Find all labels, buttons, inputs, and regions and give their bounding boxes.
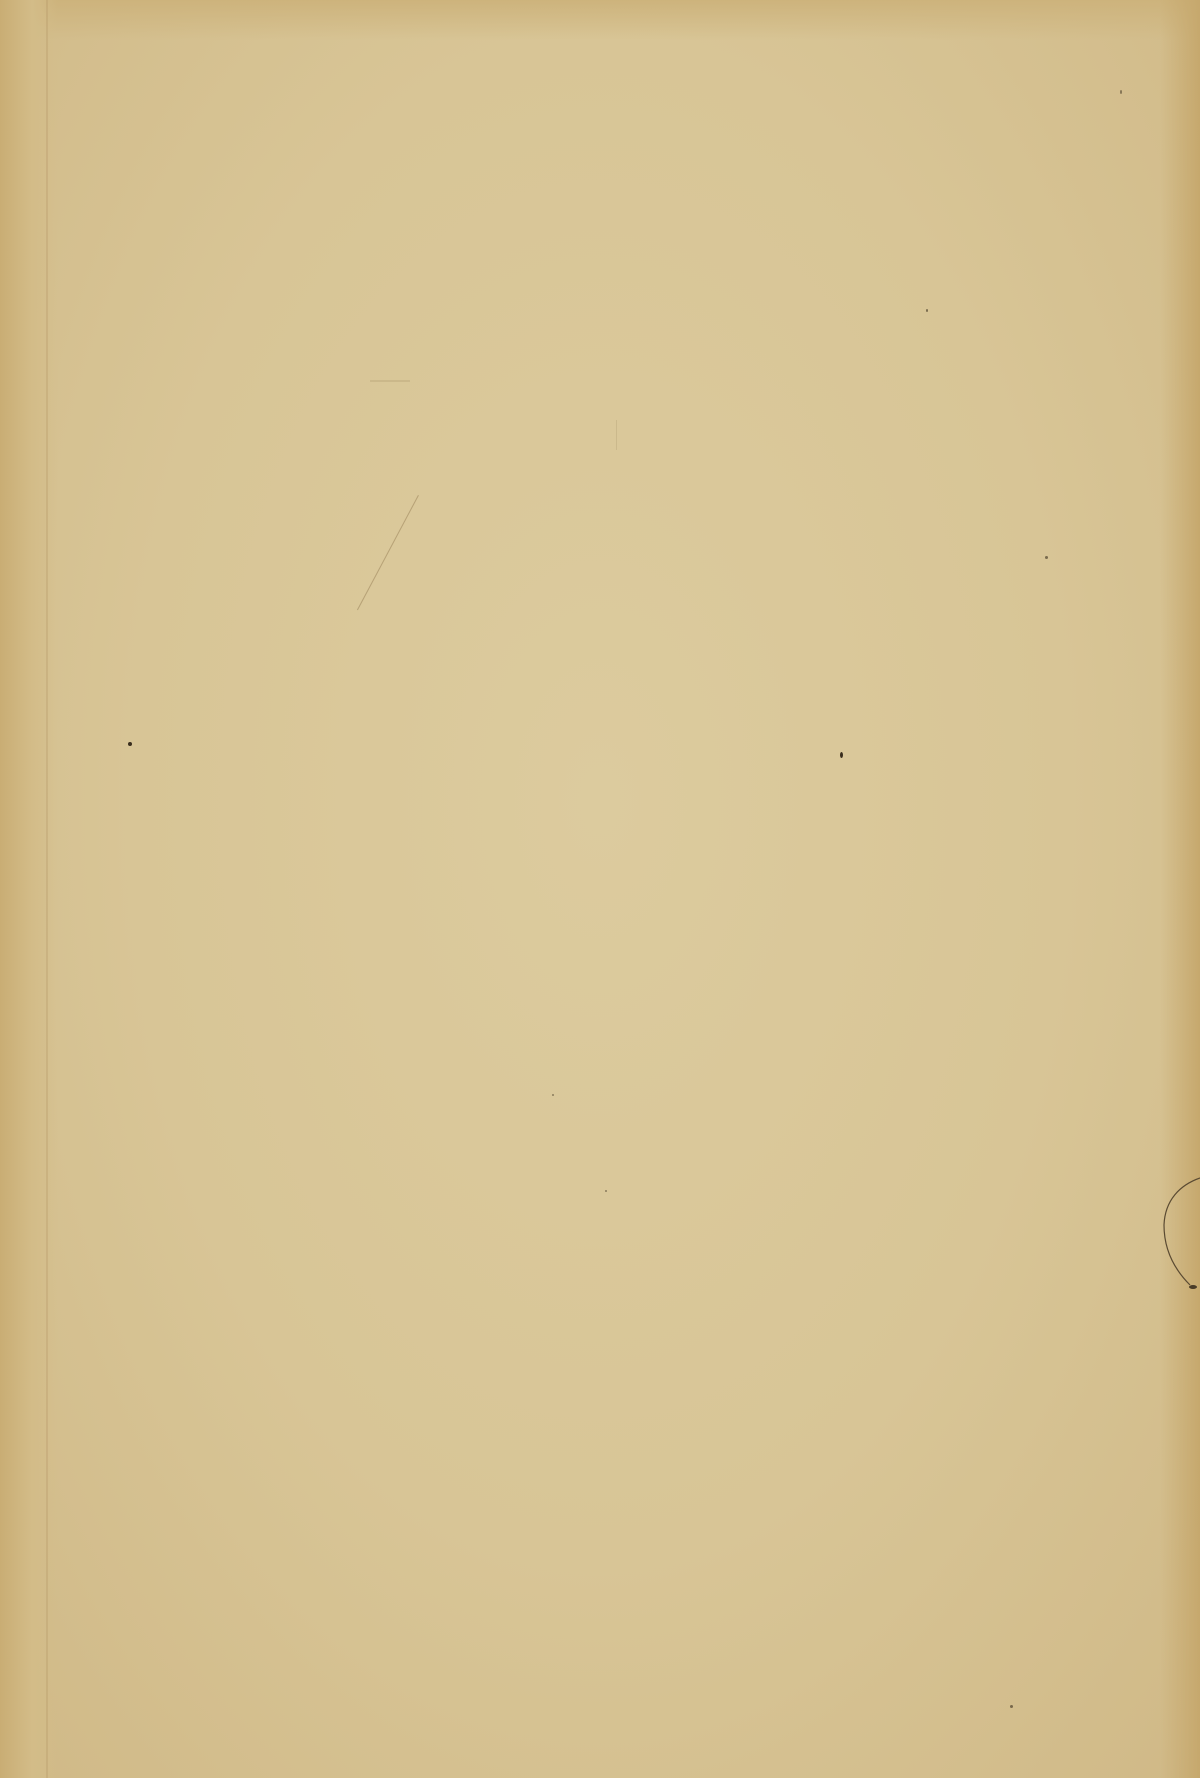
ink-speck	[1045, 556, 1048, 559]
ink-speck	[840, 752, 843, 758]
paper-scratch	[357, 495, 419, 610]
hair-mark	[1150, 1160, 1200, 1300]
ink-speck	[1010, 1705, 1013, 1708]
blank-page	[0, 0, 1200, 1778]
spine-shadow	[0, 0, 58, 1778]
spine-edge-line	[46, 0, 48, 1778]
ink-speck	[128, 742, 132, 746]
top-edge-shading	[0, 0, 1200, 40]
ink-speck	[552, 1094, 554, 1096]
right-edge-shading	[1160, 0, 1200, 1778]
ink-speck	[926, 309, 928, 312]
ink-speck	[1120, 90, 1122, 94]
ink-speck	[605, 1190, 607, 1192]
paper-scratch	[370, 380, 410, 382]
paper-scratch	[616, 420, 617, 450]
